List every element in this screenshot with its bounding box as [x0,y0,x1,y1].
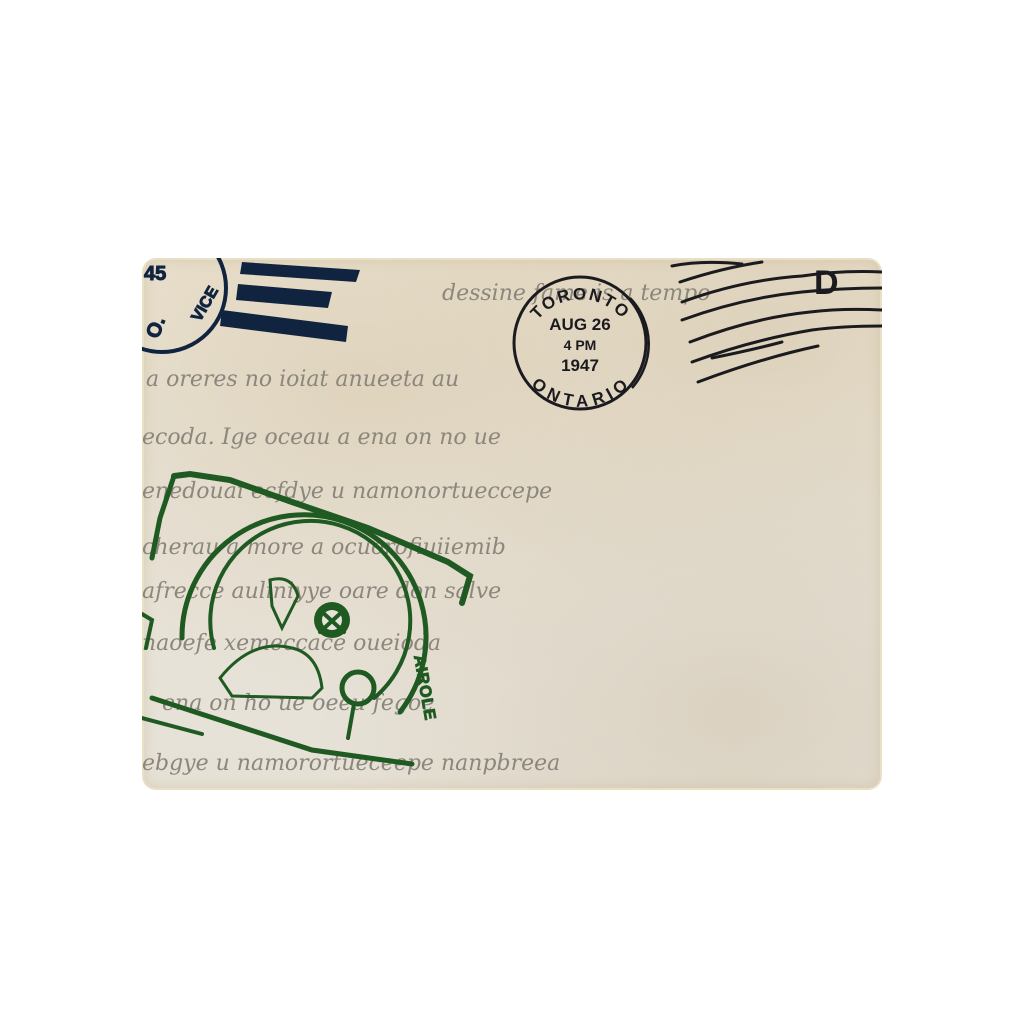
handwriting-line: ecoda. Ige oceau a ena on no ue [142,425,501,450]
cancellation-lines [672,262,882,382]
postmark-province: ONTARIO [528,374,633,411]
handwriting-line: cherau a more a ocuorofiuiiemib [142,535,506,560]
handwriting-line: enedouai ecfdye u namonortueccepe [142,479,552,504]
handwriting-line: naoefe xemeccace oueioda [142,631,441,656]
product-image: dessine fame is a tempo a oreres no ioia… [0,0,1024,1024]
navy-stamp: 45 VICE O. [142,258,360,352]
navy-stamp-letter: O. [142,314,170,341]
placemat: dessine fame is a tempo a oreres no ioia… [142,258,882,790]
green-stamp: AIROLE [142,474,470,764]
toronto-postmark: TORONTO ONTARIO AUG 26 4 PM 1947 [514,277,649,411]
cancel-letter: D [814,264,839,302]
navy-stamp-number: 45 [144,263,166,285]
svg-text:ONTARIO: ONTARIO [528,374,633,411]
postcard-artwork: dessine fame is a tempo a oreres no ioia… [142,258,882,790]
postmark-year: 1947 [561,356,599,375]
postmark-date: AUG 26 [549,315,610,334]
postmark-time: 4 PM [564,337,597,353]
handwriting-line: a oreres no ioiat anueeta au [146,367,459,392]
